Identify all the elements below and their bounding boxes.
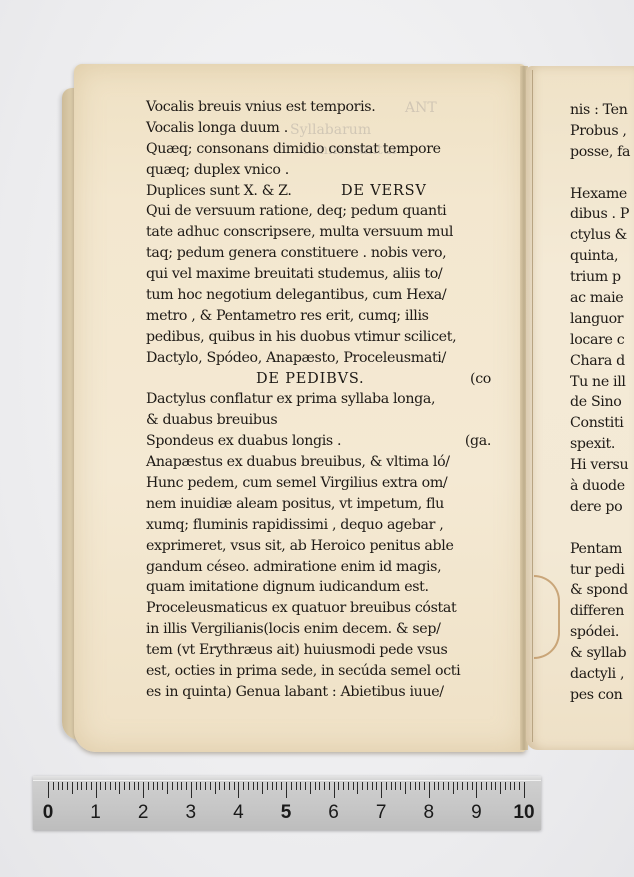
ruler-tick	[419, 782, 420, 790]
text-line: Dactylo, Spódeo, Anapæsto, Proceleusmati…	[146, 348, 491, 369]
text-line: Spondeus ex duabus longis .(ga.	[146, 431, 491, 452]
text-line: Vocalis breuis vnius est temporis.	[146, 97, 491, 118]
ruler-tick	[310, 782, 311, 794]
text-line: tem (vt Erythræus ait) huiusmodi pede vs…	[146, 640, 491, 661]
ruler-tick	[353, 782, 354, 790]
text-line: in illis Vergilianis(locis enim decem. &…	[146, 619, 491, 640]
ruler-tick	[124, 782, 125, 790]
text-line: differen	[570, 601, 634, 622]
ruler-tick	[467, 782, 468, 790]
text-line: dibus . P	[570, 204, 634, 225]
ruler-label: 7	[376, 802, 387, 824]
ruler-tick	[491, 782, 492, 790]
ruler-tick	[391, 782, 392, 790]
ruler-tick	[77, 782, 78, 790]
text-line: Probus ,	[570, 121, 634, 142]
ruler-tick	[91, 782, 92, 790]
line-text: Dactylus conflatur ex prima syllaba long…	[146, 391, 435, 407]
text-line: Duplices sunt X. & Z.DE VERSV	[146, 181, 491, 202]
text-line: quam imitatione dignum iudicandum est.	[146, 577, 491, 598]
text-line: Qui de versuum ratione, deq; pedum quant…	[146, 201, 491, 222]
ruler-tick	[205, 782, 206, 790]
text-line: Chara d	[570, 351, 634, 372]
text-line: Anapæstus ex duabus breuibus, & vltima l…	[146, 452, 491, 473]
ruler-tick	[495, 782, 496, 790]
ruler-tick	[386, 782, 387, 790]
ruler-tick	[300, 782, 301, 790]
line-text: quam imitatione dignum iudicandum est.	[146, 579, 429, 595]
ruler-tick	[134, 782, 135, 790]
ruler-tick	[453, 782, 454, 794]
ruler-tick	[129, 782, 130, 790]
text-line: Dactylus conflatur ex prima syllaba long…	[146, 389, 491, 410]
ruler-tick	[67, 782, 68, 790]
text-line: Hexame	[570, 184, 634, 205]
text-line: ac maie	[570, 288, 634, 309]
ruler-tick	[357, 782, 358, 794]
line-text: Hunc pedem, cum semel Virgilius extra om…	[146, 475, 447, 491]
ruler-tick	[86, 782, 87, 790]
line-text: Anapæstus ex duabus breuibus, & vltima l…	[146, 454, 450, 470]
ruler-tick	[372, 782, 373, 790]
ruler-tick	[262, 782, 263, 794]
text-line: de Sino	[570, 392, 634, 413]
ruler-tick	[138, 782, 139, 790]
ruler-tick	[224, 782, 225, 790]
line-text: tum hoc negotium delegantibus, cum Hexa/	[146, 287, 446, 303]
ruler-tick	[172, 782, 173, 790]
text-line: Pentam	[570, 539, 634, 560]
line-text: est, octies in prima sede, in secúda sem…	[146, 663, 460, 679]
ruler-tick	[415, 782, 416, 790]
ruler-tick	[338, 782, 339, 790]
ruler-tick	[400, 782, 401, 790]
ruler-tick	[148, 782, 149, 790]
text-line: xumq; fluminis rapidissimi , dequo ageba…	[146, 515, 491, 536]
ruler-tick	[181, 782, 182, 790]
ruler-tick	[210, 782, 211, 790]
line-text: qui vel maxime breuitati studemus, aliis…	[146, 266, 442, 282]
ruler-tick	[472, 782, 473, 790]
ruler-tick	[215, 782, 216, 794]
text-line: posse, fa	[570, 142, 634, 163]
text-line: Constiti	[570, 413, 634, 434]
left-page-text: Vocalis breuis vnius est temporis.Vocali…	[146, 97, 491, 703]
text-line: quæq; duplex vnico .	[146, 160, 491, 181]
ruler-tick	[500, 782, 501, 794]
measurement-ruler: 012345678910	[33, 776, 541, 830]
section-heading: DE VERSV	[341, 181, 427, 202]
ruler-tick	[514, 782, 515, 790]
ruler-tick	[105, 782, 106, 790]
text-line: nem inuidiæ aleam positus, vt impetum, f…	[146, 494, 491, 515]
ruler-tick	[315, 782, 316, 790]
text-line: quinta,	[570, 246, 634, 267]
text-line: tur pedi	[570, 560, 634, 581]
ruler-tick	[157, 782, 158, 790]
line-text: Qui de versuum ratione, deq; pedum quant…	[146, 203, 446, 219]
ruler-tick	[334, 782, 335, 798]
text-line: gandum céseo. admiratione enim id magis,	[146, 557, 491, 578]
ruler-tick	[115, 782, 116, 790]
text-line: Vocalis longa duum .	[146, 118, 491, 139]
text-line: tate adhuc conscripsere, multa versuum m…	[146, 222, 491, 243]
text-line: Hunc pedem, cum semel Virgilius extra om…	[146, 473, 491, 494]
ruler-tick	[219, 782, 220, 790]
right-page-text: nis : TenProbus ,posse, faHexamedibus . …	[570, 100, 634, 706]
text-line: tum hoc negotium delegantibus, cum Hexa/	[146, 285, 491, 306]
ruler-tick	[162, 782, 163, 790]
line-text: Quæq; consonans dimidio constat tempore	[146, 141, 441, 157]
ruler-label: 9	[471, 802, 482, 824]
ruler-tick	[381, 782, 382, 798]
text-line: metro , & Pentametro res erit, cumq; ill…	[146, 306, 491, 327]
text-line: & spond	[570, 580, 634, 601]
text-line: qui vel maxime breuitati studemus, aliis…	[146, 264, 491, 285]
ruler-tick	[58, 782, 59, 790]
ruler-label: 6	[328, 802, 339, 824]
text-line: Tu ne ill	[570, 372, 634, 393]
line-text: tem (vt Erythræus ait) huiusmodi pede vs…	[146, 642, 447, 658]
ruler-label: 0	[43, 802, 54, 824]
line-text: Dactylo, Spódeo, Anapæsto, Proceleusmati…	[146, 350, 446, 366]
ruler-tick	[448, 782, 449, 790]
ruler-highlight	[33, 780, 541, 781]
turnover-text: (ga.	[465, 431, 491, 452]
text-line	[570, 518, 634, 539]
line-text: xumq; fluminis rapidissimi , dequo ageba…	[146, 517, 443, 533]
ruler-tick	[234, 782, 235, 790]
text-line: taq; pedum genera constituere . nobis ve…	[146, 243, 491, 264]
line-text: nem inuidiæ aleam positus, vt impetum, f…	[146, 496, 444, 512]
ruler-tick	[319, 782, 320, 790]
ruler-tick	[276, 782, 277, 790]
ruler-tick	[257, 782, 258, 790]
ruler-tick	[410, 782, 411, 790]
line-text: taq; pedum genera constituere . nobis ve…	[146, 245, 446, 261]
ruler-tick	[329, 782, 330, 790]
ruler-tick	[362, 782, 363, 790]
ruler-tick	[243, 782, 244, 790]
ruler-tick	[519, 782, 520, 790]
ruler-tick	[177, 782, 178, 790]
ruler-tick	[110, 782, 111, 790]
turnover-text: (co	[470, 369, 491, 390]
line-text: pedibus, quibus in his duobus vtimur sci…	[146, 329, 456, 345]
ruler-label: 8	[424, 802, 435, 824]
ruler-tick	[200, 782, 201, 790]
ruler-tick	[424, 782, 425, 790]
ruler-tick	[481, 782, 482, 790]
ruler-tick	[229, 782, 230, 790]
ruler-tick	[186, 782, 187, 790]
ruler-tick	[395, 782, 396, 790]
ruler-tick	[96, 782, 97, 798]
text-line: & syllab	[570, 643, 634, 664]
ruler-tick	[376, 782, 377, 790]
ruler-tick	[429, 782, 430, 798]
ruler-tick	[53, 782, 54, 790]
text-line: ctylus &	[570, 225, 634, 246]
ruler-tick	[510, 782, 511, 790]
ruler-tick	[81, 782, 82, 790]
text-line: est, octies in prima sede, in secúda sem…	[146, 661, 491, 682]
text-line: DE PEDIBVS.(co	[146, 369, 491, 390]
ruler-tick	[167, 782, 168, 794]
ruler-tick	[72, 782, 73, 794]
ruler-label: 2	[138, 802, 149, 824]
line-text: tate adhuc conscripsere, multa versuum m…	[146, 224, 453, 240]
text-line: spódei.	[570, 622, 634, 643]
ruler-tick	[486, 782, 487, 790]
ruler-tick	[324, 782, 325, 790]
ruler-tick	[434, 782, 435, 790]
ruler-tick	[443, 782, 444, 790]
ruler-label: 1	[90, 802, 101, 824]
ruler-tick	[153, 782, 154, 790]
ruler-tick	[196, 782, 197, 790]
ruler-label: 4	[233, 802, 244, 824]
ruler-tick	[305, 782, 306, 790]
ruler-tick	[367, 782, 368, 790]
text-line: spexit.	[570, 434, 634, 455]
ruler-tick	[248, 782, 249, 790]
text-line: locare c	[570, 330, 634, 351]
line-text: Proceleusmaticus ex quatuor breuibus cós…	[146, 600, 456, 616]
text-line: dere po	[570, 497, 634, 518]
ruler-tick	[191, 782, 192, 798]
line-text: Vocalis longa duum .	[146, 120, 288, 136]
ruler-tick	[253, 782, 254, 790]
text-line	[570, 163, 634, 184]
text-line: es in quinta) Genua labant : Abietibus i…	[146, 682, 491, 703]
section-heading: DE PEDIBVS.	[256, 369, 364, 390]
text-line: Proceleusmaticus ex quatuor breuibus cós…	[146, 598, 491, 619]
line-text: Duplices sunt X. & Z.	[146, 183, 292, 199]
text-line: & duabus breuibus	[146, 410, 491, 431]
ruler-tick	[281, 782, 282, 790]
line-text: quæq; duplex vnico .	[146, 162, 289, 178]
text-line: à duode	[570, 476, 634, 497]
line-text: & duabus breuibus	[146, 412, 277, 428]
ruler-tick	[462, 782, 463, 790]
ruler-tick	[100, 782, 101, 790]
line-text: Vocalis breuis vnius est temporis.	[146, 99, 375, 115]
text-line: pes con	[570, 685, 634, 706]
text-line: nis : Ten	[570, 100, 634, 121]
text-line: pedibus, quibus in his duobus vtimur sci…	[146, 327, 491, 348]
line-text: metro , & Pentametro res erit, cumq; ill…	[146, 308, 429, 324]
ruler-tick	[524, 782, 525, 798]
ruler-tick	[343, 782, 344, 790]
text-line: languor	[570, 309, 634, 330]
ruler-tick	[438, 782, 439, 790]
ruler-tick	[48, 782, 49, 798]
ruler-label: 3	[186, 802, 197, 824]
ruler-tick	[291, 782, 292, 790]
ruler-tick	[348, 782, 349, 790]
line-text: exprimeret, vsus sit, ab Heroico penitus…	[146, 538, 454, 554]
ruler-tick	[143, 782, 144, 798]
right-page-clip: nis : TenProbus ,posse, faHexamedibus . …	[526, 66, 634, 750]
ruler-tick	[476, 782, 477, 798]
text-line: dactyli ,	[570, 664, 634, 685]
ruler-tick	[296, 782, 297, 790]
text-line: Quæq; consonans dimidio constat tempore	[146, 139, 491, 160]
ruler-tick	[286, 782, 287, 798]
text-line: exprimeret, vsus sit, ab Heroico penitus…	[146, 536, 491, 557]
ruler-tick	[457, 782, 458, 790]
text-line: trium p	[570, 267, 634, 288]
ruler-tick	[272, 782, 273, 790]
ruler-label: 10	[513, 802, 534, 824]
ruler-tick	[505, 782, 506, 790]
ruler-tick	[267, 782, 268, 790]
line-text: gandum céseo. admiratione enim id magis,	[146, 559, 441, 575]
line-text: in illis Vergilianis(locis enim decem. &…	[146, 621, 441, 637]
ruler-label: 5	[281, 802, 292, 824]
ruler-tick	[238, 782, 239, 798]
line-text: es in quinta) Genua labant : Abietibus i…	[146, 684, 444, 700]
text-line: Hi versu	[570, 455, 634, 476]
line-text: Spondeus ex duabus longis .	[146, 433, 341, 449]
ruler-tick	[405, 782, 406, 794]
ruler-tick	[62, 782, 63, 790]
ruler-tick	[119, 782, 120, 794]
